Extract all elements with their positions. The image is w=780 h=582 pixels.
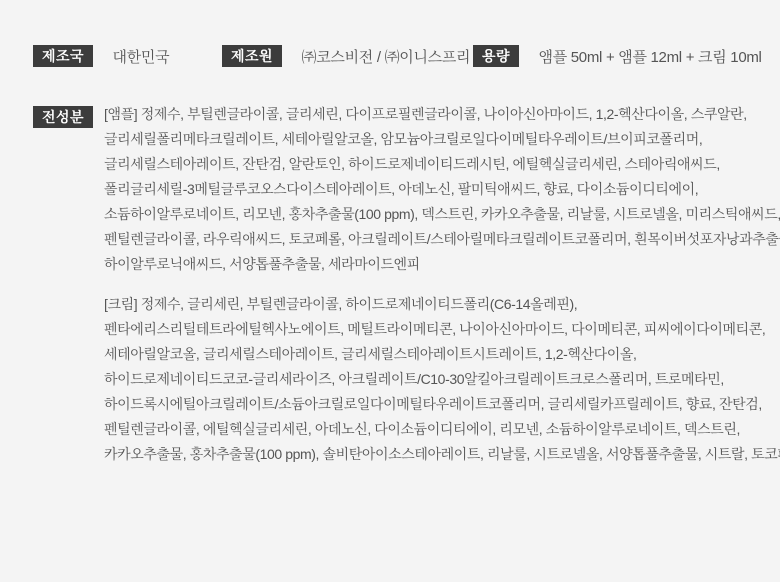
- ingredients-block-gap: [104, 277, 776, 292]
- ampoule-ingredients-line: 글리세릴스테아레이트, 잔탄검, 알란토인, 하이드로제네이티드레시틴, 에틸헥…: [104, 152, 776, 177]
- cream-ingredients-line: 세테아릴알코올, 글리세릴스테아레이트, 글리세릴스테아레이트시트레이트, 1,…: [104, 342, 776, 367]
- ampoule-ingredients-line: [앰플] 정제수, 부틸렌글라이콜, 글리세린, 다이프로필렌글라이콜, 나이아…: [104, 102, 776, 127]
- volume-value: 앰플 50ml + 앰플 12ml + 크림 10ml: [539, 46, 762, 67]
- field-manufacturer: 제조원 ㈜코스비전 / ㈜이니스프리: [222, 45, 470, 67]
- ingredients-text: [앰플] 정제수, 부틸렌글라이콜, 글리세린, 다이프로필렌글라이콜, 나이아…: [104, 102, 776, 467]
- ampoule-ingredients-line: 하이알루로닉애씨드, 서양톱풀추출물, 세라마이드엔피: [104, 252, 776, 277]
- cream-ingredients-line: 펜타에리스리틸테트라에틸헥사노에이트, 메틸트라이메티콘, 나이아신아마이드, …: [104, 317, 776, 342]
- country-label-badge: 제조국: [33, 45, 93, 67]
- cream-ingredients-line: 카카오추출물, 홍차추출물(100 ppm), 솔비탄아이소스테아레이트, 리날…: [104, 442, 776, 467]
- ampoule-ingredients-line: 폴리글리세릴-3메틸글루코오스다이스테아레이트, 아데노신, 팔미틱애씨드, 향…: [104, 177, 776, 202]
- field-volume: 용량 앰플 50ml + 앰플 12ml + 크림 10ml: [473, 45, 762, 67]
- cream-ingredients-line: 펜틸렌글라이콜, 에틸헥실글리세린, 아데노신, 다이소듐이디티에이, 리모넨,…: [104, 417, 776, 442]
- ingredients-label-badge: 전성분: [33, 106, 93, 128]
- ampoule-ingredients-line: 펜틸렌글라이콜, 라우릭애씨드, 토코페롤, 아크릴레이트/스테아릴메타크릴레이…: [104, 227, 776, 252]
- cream-ingredients-line: [크림] 정제수, 글리세린, 부틸렌글라이콜, 하이드로제네이티드폴리(C6-…: [104, 292, 776, 317]
- volume-label-badge: 용량: [473, 45, 519, 67]
- product-info-panel: 제조국 대한민국 제조원 ㈜코스비전 / ㈜이니스프리 용량 앰플 50ml +…: [0, 0, 780, 582]
- cream-ingredients-line: 하이드로제네이티드코코-글리세라이즈, 아크릴레이트/C10-30알킬아크릴레이…: [104, 367, 776, 392]
- manufacturer-label-badge: 제조원: [222, 45, 282, 67]
- ampoule-ingredients-line: 글리세릴폴리메타크릴레이트, 세테아릴알코올, 암모늄아크릴로일다이메틸타우레이…: [104, 127, 776, 152]
- cream-ingredients-line: 하이드록시에틸아크릴레이트/소듐아크릴로일다이메틸타우레이트코폴리머, 글리세릴…: [104, 392, 776, 417]
- field-country: 제조국 대한민국: [33, 45, 169, 67]
- country-value: 대한민국: [113, 46, 170, 67]
- ampoule-ingredients-line: 소듐하이알루로네이트, 리모넨, 홍차추출물(100 ppm), 덱스트린, 카…: [104, 202, 776, 227]
- manufacturer-value: ㈜코스비전 / ㈜이니스프리: [302, 46, 471, 67]
